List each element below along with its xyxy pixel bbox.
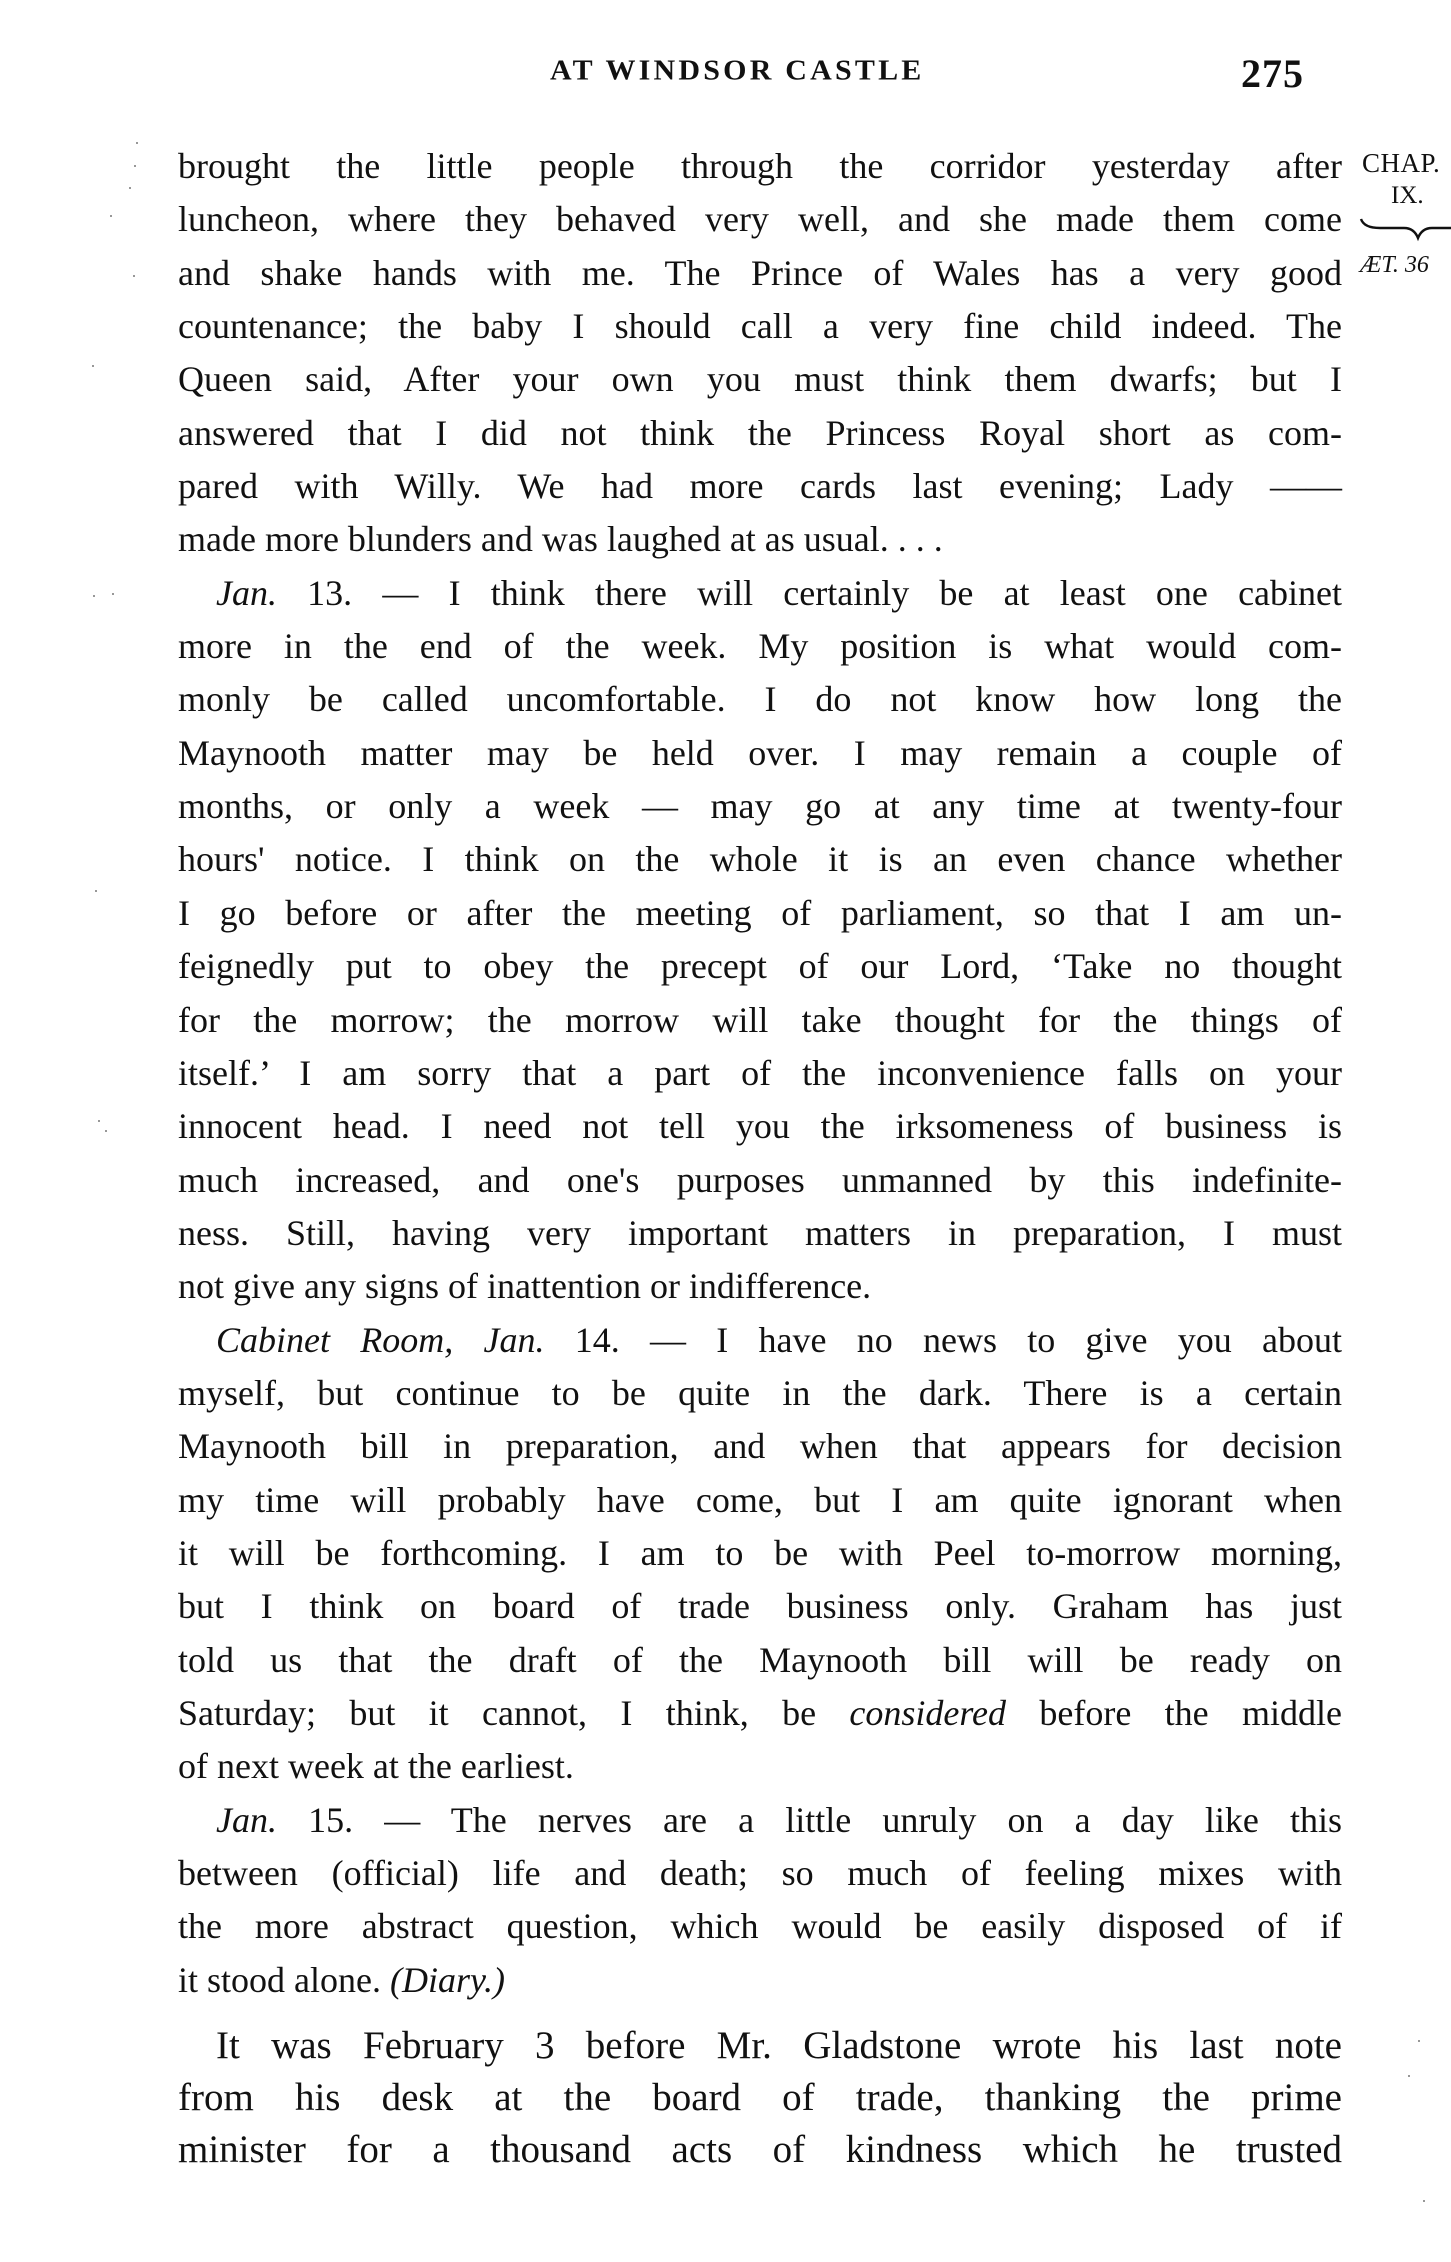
text-line: between (official) life and death; so mu… — [178, 1847, 1342, 1900]
text-segment: it stood alone. — [178, 1960, 390, 2000]
text-line: minister for a thousand acts of kindness… — [178, 2124, 1342, 2176]
text-line: Maynooth matter may be held over. I may … — [178, 727, 1342, 780]
text-line: made more blunders and was laughed at as… — [178, 513, 1342, 566]
running-title: AT WINDSOR CASTLE — [550, 55, 954, 87]
chapter-label: CHAP. — [1362, 148, 1440, 179]
diary-entry-jan-13: Jan. 13. — I think there will certainly … — [178, 567, 1342, 620]
text-line: myself, but continue to be quite in the … — [178, 1367, 1342, 1420]
diary-entry-jan-15: Jan. 15. — The nerves are a little unrul… — [178, 1794, 1342, 1847]
text-line: brought the little people through the co… — [178, 140, 1342, 193]
closing-paragraph: It was February 3 before Mr. Gladstone w… — [178, 2020, 1342, 2176]
text-segment: Saturday; but it cannot, I think, be — [178, 1693, 849, 1733]
text-line: — I have no news to give you about — [650, 1320, 1342, 1360]
text-line: much increased, and one's purposes unman… — [178, 1154, 1342, 1207]
text-line: innocent head. I need not tell you the i… — [178, 1100, 1342, 1153]
running-head: AT WINDSOR CASTLE 275 — [0, 50, 1451, 94]
text-line: ness. Still, having very important matte… — [178, 1207, 1342, 1260]
entry-month: Jan. — [216, 573, 277, 613]
text-line: from his desk at the board of trade, tha… — [178, 2072, 1342, 2124]
text-line: months, or only a week — may go at any t… — [178, 780, 1342, 833]
text-line: pared with Willy. We had more cards last… — [178, 460, 1342, 513]
scan-speck — [98, 1120, 100, 1122]
chapter-number: IX. — [1391, 182, 1424, 210]
text-line: hours' notice. I think on the whole it i… — [178, 833, 1342, 886]
scan-speck — [105, 1130, 107, 1132]
brace-icon — [1358, 216, 1451, 246]
scan-speck — [92, 365, 94, 367]
text-line: itself.’ I am sorry that a part of the i… — [178, 1047, 1342, 1100]
text-line: Queen said, After your own you must thin… — [178, 353, 1342, 406]
scan-speck — [93, 595, 95, 597]
text-line: and shake hands with me. The Prince of W… — [178, 247, 1342, 300]
text-line: Maynooth bill in preparation, and when t… — [178, 1420, 1342, 1473]
text-line: but I think on board of trade business o… — [178, 1580, 1342, 1633]
text-line: it will be forthcoming. I am to be with … — [178, 1527, 1342, 1580]
page-number: 275 — [1241, 50, 1304, 97]
scan-speck — [1418, 2040, 1420, 2042]
scan-speck — [133, 275, 135, 277]
text-line: the more abstract question, which would … — [178, 1900, 1342, 1953]
diary-source-note: (Diary.) — [390, 1960, 505, 2000]
text-line: Saturday; but it cannot, I think, be con… — [178, 1687, 1342, 1740]
scan-speck — [129, 187, 131, 189]
entry-day: 14. — [545, 1320, 620, 1360]
text-line: It was February 3 before Mr. Gladstone w… — [178, 2020, 1342, 2072]
text-line: it stood alone. (Diary.) — [178, 1954, 1342, 2007]
entry-month: Jan. — [216, 1800, 277, 1840]
entry-place: Cabinet Room, — [216, 1320, 453, 1360]
diary-entry-jan-14: Cabinet Room, Jan. 14. — I have no news … — [178, 1314, 1342, 1367]
age-label: ÆT. 36 — [1360, 252, 1429, 279]
text-line: of next week at the earliest. — [178, 1740, 1342, 1793]
margin-sidenote: CHAP. IX. ÆT. 36 — [1358, 140, 1451, 290]
scan-speck — [110, 215, 112, 217]
text-line: for the morrow; the morrow will take tho… — [178, 994, 1342, 1047]
text-line: answered that I did not think the Prince… — [178, 407, 1342, 460]
text-line: told us that the draft of the Maynooth b… — [178, 1634, 1342, 1687]
scan-speck — [1408, 2075, 1410, 2077]
text-line: countenance; the baby I should call a ve… — [178, 300, 1342, 353]
scan-speck — [112, 593, 114, 595]
text-line: — I think there will certainly be at lea… — [382, 573, 1342, 613]
text-line: — The nerves are a little unruly on a da… — [384, 1800, 1342, 1840]
scan-speck — [136, 142, 138, 144]
letter-body: brought the little people through the co… — [178, 140, 1342, 2007]
scan-speck — [1423, 2200, 1425, 2202]
entry-month: Jan. — [484, 1320, 545, 1360]
scan-speck — [134, 165, 136, 167]
text-line: more in the end of the week. My position… — [178, 620, 1342, 673]
entry-day: 15. — [277, 1800, 353, 1840]
text-line: my time will probably have come, but I a… — [178, 1474, 1342, 1527]
text-segment: before the middle — [1006, 1693, 1342, 1733]
text-line: feignedly put to obey the precept of our… — [178, 940, 1342, 993]
text-line: I go before or after the meeting of parl… — [178, 887, 1342, 940]
scan-speck — [95, 890, 97, 892]
text-line: monly be called uncomfortable. I do not … — [178, 673, 1342, 726]
text-line: not give any signs of inattention or ind… — [178, 1260, 1342, 1313]
text-line: luncheon, where they behaved very well, … — [178, 193, 1342, 246]
entry-day: 13. — [277, 573, 352, 613]
emphasis-considered: considered — [849, 1693, 1006, 1733]
